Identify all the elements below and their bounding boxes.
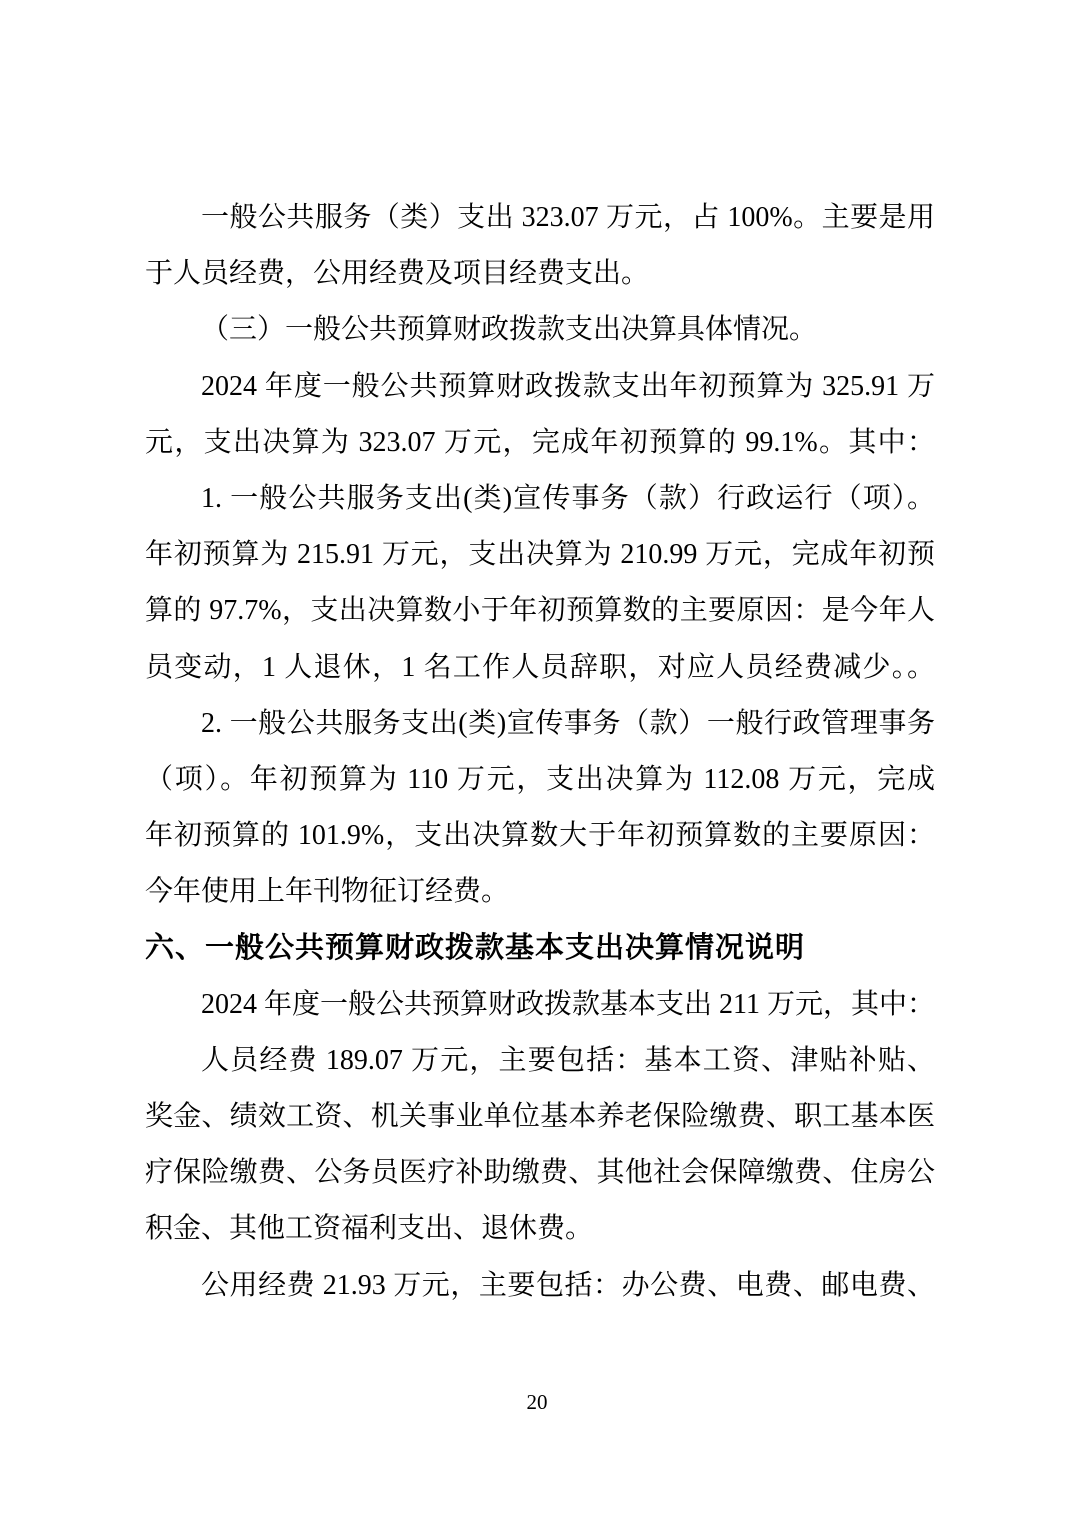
text-line: 年初预算为 215.91 万元，支出决算为 210.99 万元，完成年初预 [145, 527, 935, 583]
document-body: 一般公共服务（类）支出 323.07 万元，占 100%。主要是用于人员经费，公… [145, 190, 935, 1314]
text-line: 2. 一般公共服务支出(类)宣传事务（款）一般行政管理事务 [145, 696, 935, 752]
text-line: 元，支出决算为 323.07 万元，完成年初预算的 99.1%。其中： [145, 415, 935, 471]
text-line: 2024 年度一般公共预算财政拨款支出年初预算为 325.91 万 [145, 359, 935, 415]
section-heading: 六、一般公共预算财政拨款基本支出决算情况说明 [145, 920, 935, 976]
text-line: 奖金、绩效工资、机关事业单位基本养老保险缴费、职工基本医 [145, 1089, 935, 1145]
text-line: 算的 97.7%，支出决算数小于年初预算数的主要原因：是今年人 [145, 583, 935, 639]
document-page: 一般公共服务（类）支出 323.07 万元，占 100%。主要是用于人员经费，公… [0, 0, 1074, 1520]
text-line: 一般公共服务（类）支出 323.07 万元，占 100%。主要是用 [145, 190, 935, 246]
text-line: 人员经费 189.07 万元，主要包括：基本工资、津贴补贴、 [145, 1033, 935, 1089]
text-line: 今年使用上年刊物征订经费。 [145, 864, 935, 920]
text-line: 1. 一般公共服务支出(类)宣传事务（款）行政运行（项）。 [145, 471, 935, 527]
text-line: 2024 年度一般公共预算财政拨款基本支出 211 万元，其中： [145, 977, 935, 1033]
text-line: 于人员经费，公用经费及项目经费支出。 [145, 246, 935, 302]
text-line: 疗保险缴费、公务员医疗补助缴费、其他社会保障缴费、住房公 [145, 1145, 935, 1201]
text-line: （三）一般公共预算财政拨款支出决算具体情况。 [145, 302, 935, 358]
text-line: 积金、其他工资福利支出、退休费。 [145, 1201, 935, 1257]
text-line: （项）。年初预算为 110 万元，支出决算为 112.08 万元，完成 [145, 752, 935, 808]
text-line: 年初预算的 101.9%，支出决算数大于年初预算数的主要原因： [145, 808, 935, 864]
page-number: 20 [0, 1388, 1074, 1416]
text-line: 公用经费 21.93 万元，主要包括：办公费、电费、邮电费、 [145, 1258, 935, 1314]
text-line: 员变动，1 人退休，1 名工作人员辞职，对应人员经费减少。。 [145, 640, 935, 696]
